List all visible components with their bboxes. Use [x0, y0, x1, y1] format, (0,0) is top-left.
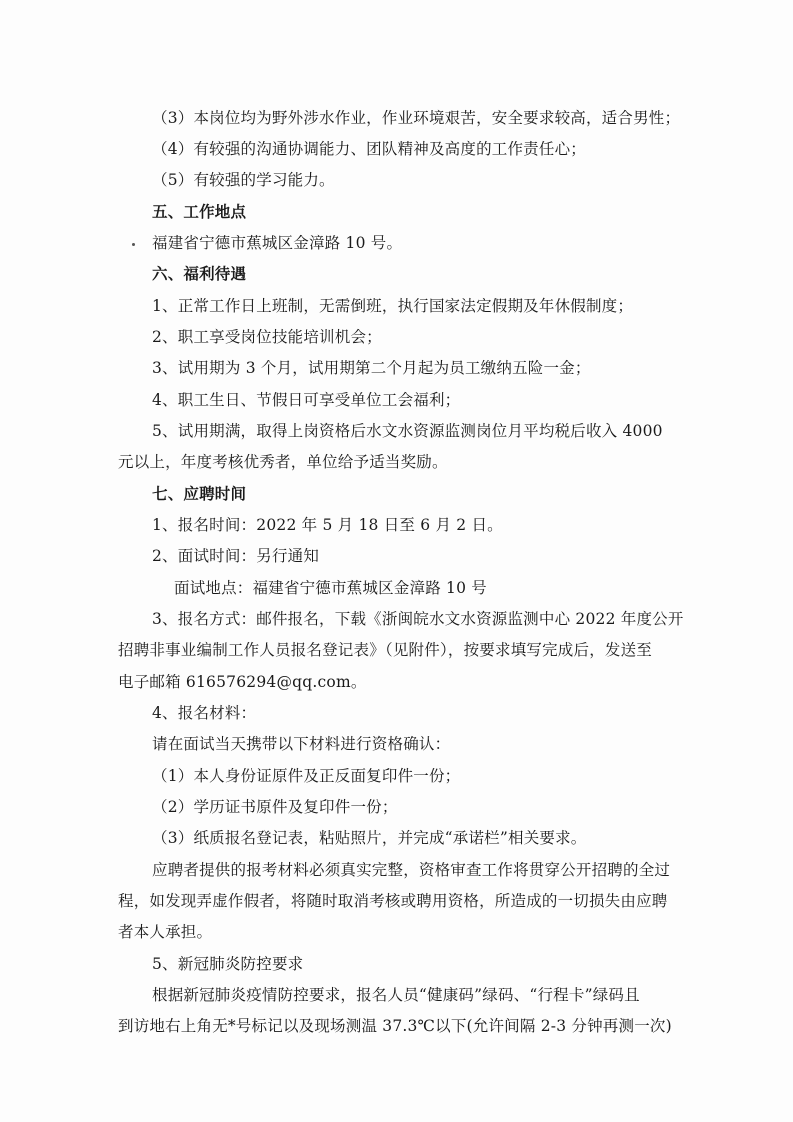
material-1: （1）本人身份证原件及正反面复印件一份； — [152, 766, 460, 786]
section-5-heading: 五、工作地点 — [152, 202, 246, 222]
benefit-5-line-2: 元以上，年度考核优秀者，单位给予适当奖励。 — [118, 452, 448, 472]
requirement-3: （3）本岗位均为野外涉水作业，作业环境艰苦，安全要求较高，适合男性； — [152, 108, 680, 128]
covid-heading: 5、新冠肺炎防控要求 — [152, 954, 303, 974]
material-3: （3）纸质报名登记表，粘贴照片，并完成“承诺栏”相关要求。 — [152, 828, 587, 848]
requirement-4: （4）有较强的沟通协调能力、团队精神及高度的工作责任心； — [152, 139, 586, 159]
document-page: （3）本岗位均为野外涉水作业，作业环境艰苦，安全要求较高，适合男性； （4）有较… — [0, 0, 793, 1122]
covid-requirement-line-1: 根据新冠肺炎疫情防控要求，报名人员“健康码”绿码、“行程卡”绿码且 — [152, 985, 640, 1005]
materials-heading: 4、报名材料： — [152, 703, 256, 723]
benefit-4: 4、职工生日、节假日可享受单位工会福利； — [152, 390, 460, 410]
covid-requirement-line-2: 到访地右上角无*号标记以及现场测温 37.3℃以下(允许间隔 2-3 分钟再测一… — [118, 1016, 672, 1036]
benefit-3: 3、试用期为 3 个月，试用期第二个月起为员工缴纳五险一金； — [152, 358, 591, 378]
benefit-2: 2、职工享受岗位技能培训机会； — [152, 327, 382, 347]
authenticity-notice-line-3: 者本人承担。 — [118, 922, 212, 942]
registration-time: 1、报名时间：2022 年 5 月 18 日至 6 月 2 日。 — [152, 515, 503, 535]
registration-email: 电子邮箱 616576294@qq.com。 — [118, 672, 367, 692]
interview-time: 2、面试时间：另行通知 — [152, 546, 319, 566]
interview-location: 面试地点：福建省宁德市蕉城区金漳路 10 号 — [174, 578, 487, 598]
registration-method-line-2: 招聘非事业编制工作人员报名登记表》（见附件），按要求填写完成后，发送至 — [118, 640, 652, 660]
requirement-5: （5）有较强的学习能力。 — [152, 170, 335, 190]
work-location: 福建省宁德市蕉城区金漳路 10 号。 — [152, 233, 402, 253]
section-6-heading: 六、福利待遇 — [152, 264, 246, 284]
section-7-heading: 七、应聘时间 — [152, 484, 246, 504]
material-2: （2）学历证书原件及复印件一份； — [152, 797, 398, 817]
materials-intro: 请在面试当天携带以下材料进行资格确认： — [152, 734, 450, 754]
benefit-5-line-1: 5、试用期满，取得上岗资格后水文水资源监测岗位月平均税后收入 4000 — [152, 421, 663, 441]
authenticity-notice-line-1: 应聘者提供的报考材料必须真实完整，资格审查工作将贯穿公开招聘的全过 — [152, 860, 670, 880]
benefit-1: 1、正常工作日上班制，无需倒班，执行国家法定假期及年休假制度； — [152, 296, 633, 316]
scan-speck — [132, 243, 135, 246]
authenticity-notice-line-2: 程，如发现弄虚作假者，将随时取消考核或聘用资格，所造成的一切损失由应聘 — [118, 891, 668, 911]
registration-method-line-1: 3、报名方式：邮件报名，下载《浙闽皖水文水资源监测中心 2022 年度公开 — [152, 609, 684, 629]
